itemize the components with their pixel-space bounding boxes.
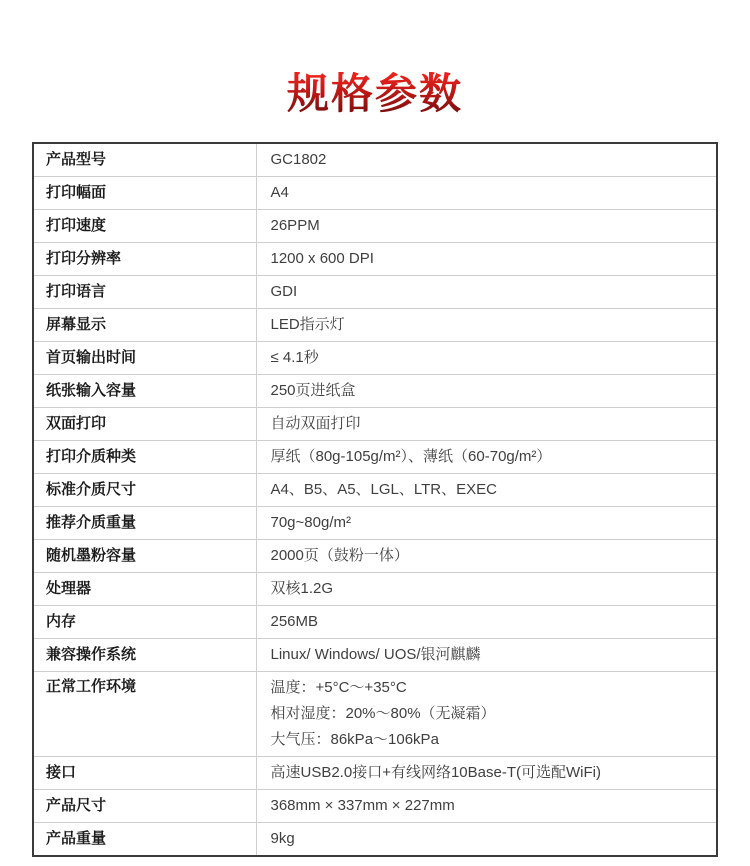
spec-value: 自动双面打印 — [256, 408, 717, 441]
spec-value: 250页进纸盒 — [256, 375, 717, 408]
spec-label: 打印语言 — [33, 276, 256, 309]
spec-label: 产品尺寸 — [33, 790, 256, 823]
spec-value: LED指示灯 — [256, 309, 717, 342]
spec-value: GC1802 — [256, 143, 717, 177]
table-row: 双面打印 自动双面打印 — [33, 408, 717, 441]
spec-label: 内存 — [33, 606, 256, 639]
spec-value: ≤ 4.1秒 — [256, 342, 717, 375]
spec-value: Linux/ Windows/ UOS/银河麒麟 — [256, 639, 717, 672]
spec-value-line: 温度：+5°C～+35°C — [271, 675, 709, 701]
spec-label: 推荐介质重量 — [33, 507, 256, 540]
table-row: 打印语言 GDI — [33, 276, 717, 309]
table-row: 打印分辨率 1200 x 600 DPI — [33, 243, 717, 276]
table-row: 打印速度 26PPM — [33, 210, 717, 243]
spec-value: 70g~80g/m² — [256, 507, 717, 540]
spec-value: 双核1.2G — [256, 573, 717, 606]
table-row: 接口 高速USB2.0接口+有线网络10Base-T(可选配WiFi) — [33, 757, 717, 790]
spec-value: 26PPM — [256, 210, 717, 243]
page-title: 规格参数 — [0, 72, 750, 116]
table-row: 纸张输入容量 250页进纸盒 — [33, 375, 717, 408]
spec-value: 厚纸（80g-105g/m²）、薄纸（60-70g/m²） — [256, 441, 717, 474]
table-row: 正常工作环境 温度：+5°C～+35°C相对湿度：20%～80%（无凝霜）大气压… — [33, 672, 717, 757]
spec-label: 打印幅面 — [33, 177, 256, 210]
table-row: 屏幕显示 LED指示灯 — [33, 309, 717, 342]
spec-label: 标准介质尺寸 — [33, 474, 256, 507]
spec-label: 处理器 — [33, 573, 256, 606]
spec-label: 兼容操作系统 — [33, 639, 256, 672]
spec-table: 产品型号 GC1802 打印幅面 A4 打印速度 26PPM 打印分辨率 120… — [32, 142, 718, 857]
spec-value: GDI — [256, 276, 717, 309]
table-row: 推荐介质重量 70g~80g/m² — [33, 507, 717, 540]
spec-label: 正常工作环境 — [33, 672, 256, 757]
spec-label: 打印分辨率 — [33, 243, 256, 276]
spec-value: 2000页（鼓粉一体） — [256, 540, 717, 573]
spec-table-body: 产品型号 GC1802 打印幅面 A4 打印速度 26PPM 打印分辨率 120… — [33, 143, 717, 856]
table-row: 内存 256MB — [33, 606, 717, 639]
table-row: 首页输出时间 ≤ 4.1秒 — [33, 342, 717, 375]
spec-label: 双面打印 — [33, 408, 256, 441]
table-row: 兼容操作系统 Linux/ Windows/ UOS/银河麒麟 — [33, 639, 717, 672]
table-row: 打印幅面 A4 — [33, 177, 717, 210]
table-row: 打印介质种类 厚纸（80g-105g/m²）、薄纸（60-70g/m²） — [33, 441, 717, 474]
table-row: 产品型号 GC1802 — [33, 143, 717, 177]
spec-value: 高速USB2.0接口+有线网络10Base-T(可选配WiFi) — [256, 757, 717, 790]
spec-value: 9kg — [256, 823, 717, 857]
spec-value: 1200 x 600 DPI — [256, 243, 717, 276]
table-row: 产品尺寸 368mm × 337mm × 227mm — [33, 790, 717, 823]
table-row: 随机墨粉容量 2000页（鼓粉一体） — [33, 540, 717, 573]
spec-value: 256MB — [256, 606, 717, 639]
spec-value-line: 大气压：86kPa～106kPa — [271, 727, 709, 753]
spec-label: 产品重量 — [33, 823, 256, 857]
table-row: 标准介质尺寸 A4、B5、A5、LGL、LTR、EXEC — [33, 474, 717, 507]
spec-label: 打印介质种类 — [33, 441, 256, 474]
table-row: 处理器 双核1.2G — [33, 573, 717, 606]
spec-label: 首页输出时间 — [33, 342, 256, 375]
table-row: 产品重量 9kg — [33, 823, 717, 857]
spec-label: 屏幕显示 — [33, 309, 256, 342]
spec-value: 温度：+5°C～+35°C相对湿度：20%～80%（无凝霜）大气压：86kPa～… — [256, 672, 717, 757]
spec-value: A4 — [256, 177, 717, 210]
spec-value: A4、B5、A5、LGL、LTR、EXEC — [256, 474, 717, 507]
spec-label: 接口 — [33, 757, 256, 790]
spec-label: 产品型号 — [33, 143, 256, 177]
spec-page: 规格参数 产品型号 GC1802 打印幅面 A4 打印速度 26PPM 打印分辨… — [0, 72, 750, 857]
spec-value-line: 相对湿度：20%～80%（无凝霜） — [271, 701, 709, 727]
spec-label: 打印速度 — [33, 210, 256, 243]
spec-value: 368mm × 337mm × 227mm — [256, 790, 717, 823]
spec-label: 纸张输入容量 — [33, 375, 256, 408]
spec-label: 随机墨粉容量 — [33, 540, 256, 573]
